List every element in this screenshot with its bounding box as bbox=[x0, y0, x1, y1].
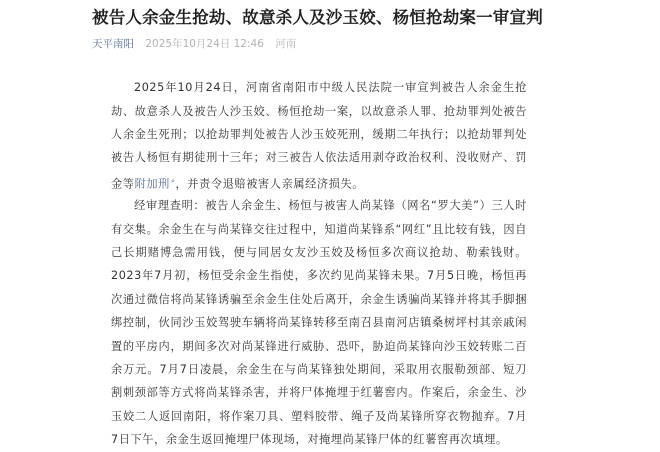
publish-region: 河南 bbox=[275, 38, 296, 50]
paragraph-verdict: 2025年10月24日，河南省南阳市中级人民法院一审宣判被告人余金生抢劫、故意杀… bbox=[111, 76, 527, 196]
publish-time: 2025年10月24日 12:46 bbox=[145, 38, 264, 50]
paragraph-text: 经审理查明：被告人余金生、杨恒与被害人尚某锋（网名“罗大美”）三人时有交集。余金… bbox=[111, 199, 527, 418]
paragraph-facts: 经审理查明：被告人余金生、杨恒与被害人尚某锋（网名“罗大美”）三人时有交集。余金… bbox=[111, 194, 527, 418]
paragraph-text: 2025年10月24日，河南省南阳市中级人民法院一审宣判被告人余金生抢劫、故意杀… bbox=[111, 81, 527, 190]
paragraph-text: ，并责令退赔被害人亲属经济损失。 bbox=[175, 178, 364, 191]
article-title: 被告人余金生抢劫、故意杀人及沙玉姣、杨恒抢劫案一审宣判 bbox=[92, 8, 532, 28]
keyword-link-additional-penalty[interactable]: 附加刑 bbox=[135, 178, 170, 191]
source-account-link[interactable]: 天平南阳 bbox=[92, 38, 134, 50]
article-meta: 天平南阳 2025年10月24日 12:46 河南 bbox=[92, 37, 296, 51]
